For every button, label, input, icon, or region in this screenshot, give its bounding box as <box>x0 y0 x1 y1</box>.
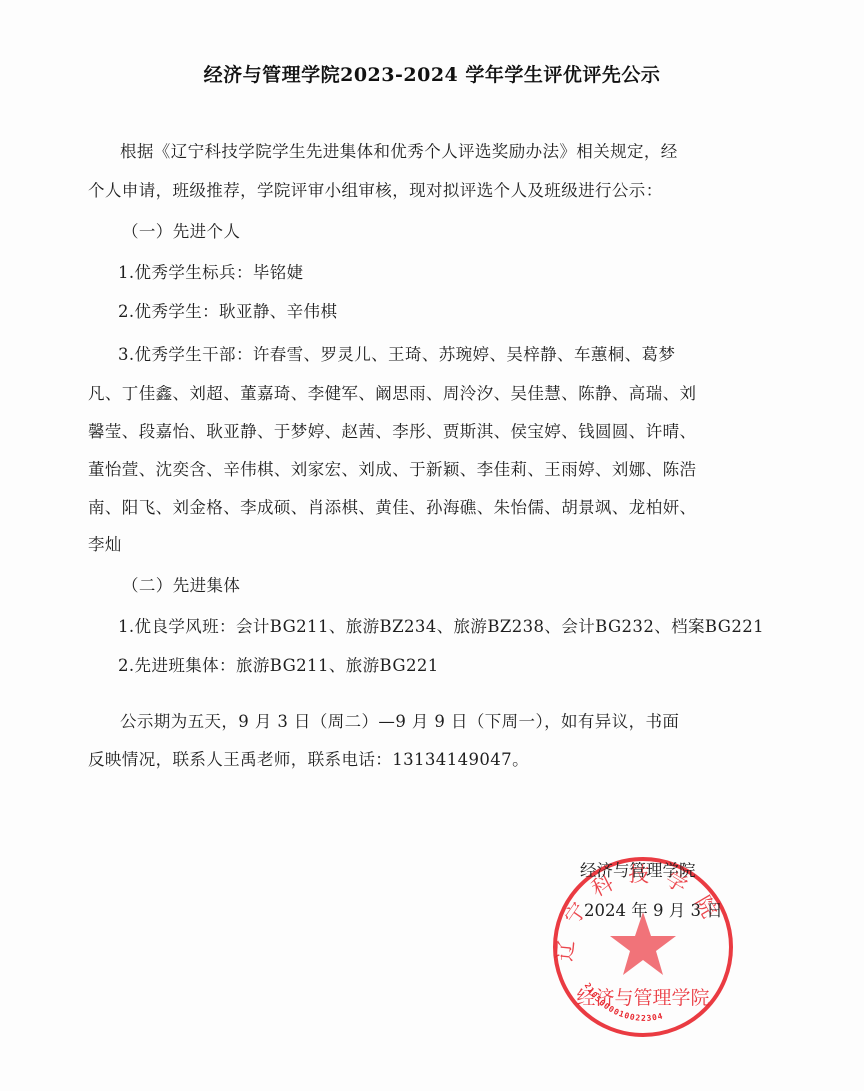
section1-item3-line5: 南、阳飞、刘金格、李成硕、肖添棋、黄佳、孙海礁、朱怡儒、胡景飒、龙柏妍、 <box>88 494 696 518</box>
notice-line-2: 反映情况，联系人王禹老师，联系电话：13134149047。 <box>88 746 529 770</box>
section2-item1: 1.优良学风班：会计BG211、旅游BZ234、旅游BZ238、会计BG232、… <box>118 613 764 637</box>
section1-item3-line6: 李灿 <box>88 531 122 555</box>
section2-item2: 2.先进班集体：旅游BG211、旅游BG221 <box>118 652 439 676</box>
signature-date: 2024 年 9 月 3 日 <box>584 897 723 921</box>
signature-org: 经济与管理学院 <box>580 857 696 881</box>
section1-item3-line3: 馨莹、段嘉怡、耿亚静、于梦婷、赵茜、李彤、贾斯淇、侯宝婷、钱圆圆、许晴、 <box>88 418 696 442</box>
section1-item3-line1: 3.优秀学生干部：许春雪、罗灵儿、王琦、苏琬婷、吴梓静、车蕙桐、葛梦 <box>118 341 675 365</box>
section1-item1: 1.优秀学生标兵：毕铭婕 <box>118 259 304 283</box>
notice-line-1: 公示期为五天，9 月 3 日（周二）—9 月 9 日（下周一），如有异议，书面 <box>120 708 679 732</box>
intro-line-2: 个人申请，班级推荐，学院评审小组审核，现对拟评选个人及班级进行公示： <box>88 177 663 201</box>
section1-heading: （一）先进个人 <box>122 218 240 242</box>
section1-item3-line4: 董怡萱、沈奕含、辛伟棋、刘家宏、刘成、于新颖、李佳莉、王雨婷、刘娜、陈浩 <box>88 456 696 480</box>
document-title: 经济与管理学院2023-2024 学年学生评优评先公示 <box>0 60 864 87</box>
section1-item2: 2.优秀学生：耿亚静、辛伟棋 <box>118 298 337 322</box>
section1-item3-line2: 凡、丁佳鑫、刘超、董嘉琦、李健军、阚思雨、周泠汐、吴佳慧、陈静、高瑞、刘 <box>88 380 696 404</box>
intro-line-1: 根据《辽宁科技学院学生先进集体和优秀个人评选奖励办法》相关规定，经 <box>120 138 678 162</box>
star-icon <box>610 912 676 975</box>
section2-heading: （二）先进集体 <box>122 572 240 596</box>
